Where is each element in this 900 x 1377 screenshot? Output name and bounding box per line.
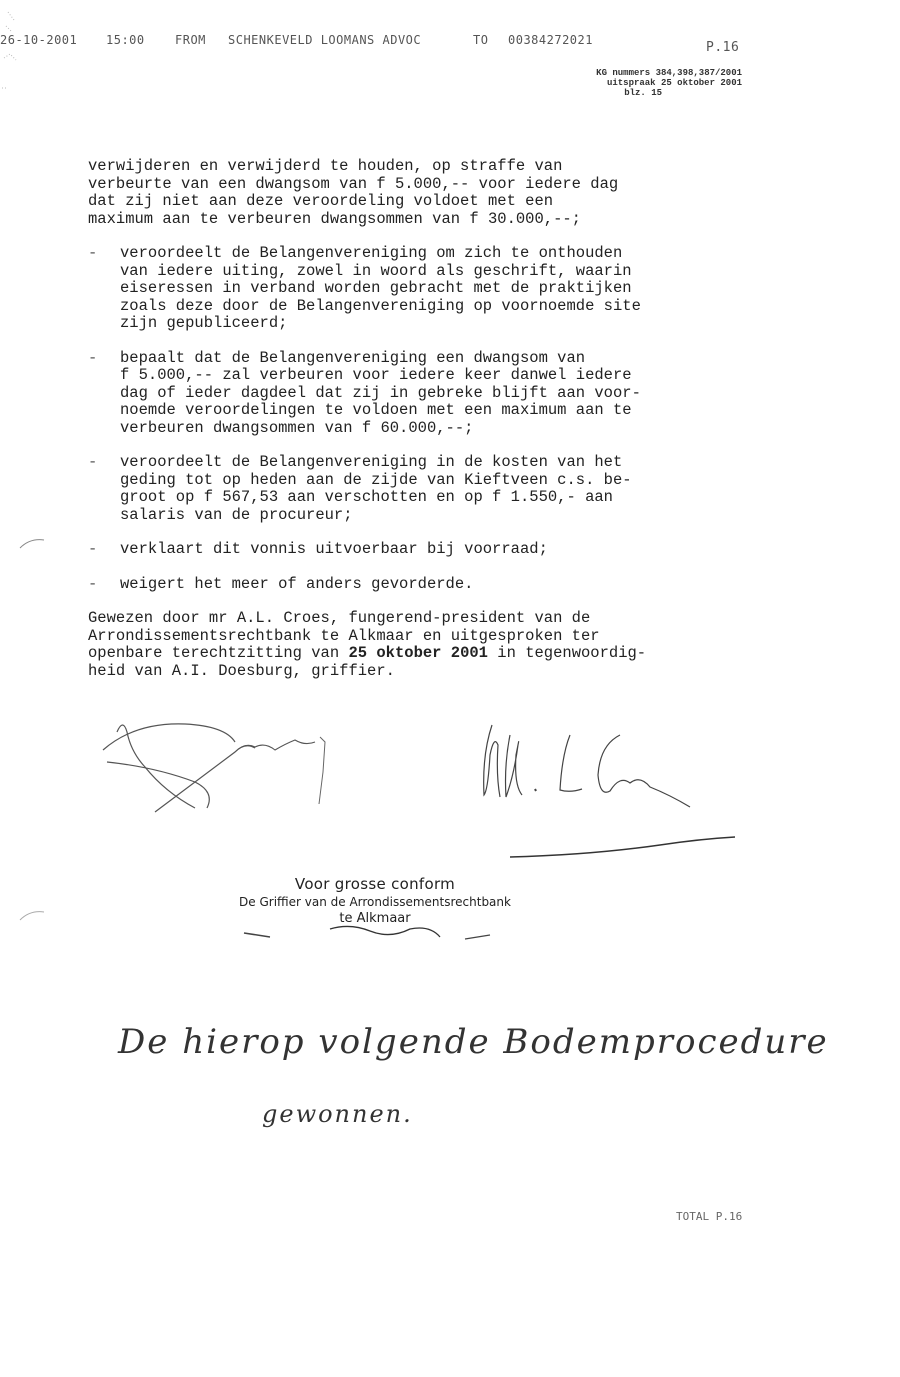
list-dash: - [88, 350, 97, 368]
continuation-paragraph: verwijderen en verwijderd te houden, op … [88, 158, 788, 228]
text-line: eiseressen in verband worden gebracht me… [120, 280, 788, 298]
fax-from-label: FROM [175, 33, 206, 47]
list-dash: - [88, 245, 97, 263]
text-line: veroordeelt de Belangenvereniging in de … [120, 454, 788, 472]
ruling-item: - verklaart dit vonnis uitvoerbaar bij v… [88, 541, 788, 559]
text-line: groot op f 567,53 aan verschotten en op … [120, 489, 788, 507]
fax-total-pages: TOTAL P.16 [676, 1210, 742, 1223]
closing-paragraph: Gewezen door mr A.L. Croes, fungerend-pr… [88, 610, 788, 680]
text-line: verklaart dit vonnis uitvoerbaar bij voo… [120, 541, 788, 559]
ruling-item: - weigert het meer of anders gevorderde. [88, 576, 788, 594]
text-line: Arrondissementsrechtbank te Alkmaar en u… [88, 628, 788, 646]
text-line: geding tot op heden aan de zijde van Kie… [120, 472, 788, 490]
list-dash: - [88, 576, 97, 594]
case-numbers: KG nummers 384,398,387/2001 [522, 68, 742, 78]
fax-time: 15:00 [106, 33, 145, 47]
handwritten-note-line1: De hierop volgende Bodemprocedure [118, 1022, 829, 1062]
page-ref: blz. 15 [522, 88, 742, 98]
text-line: zoals deze door de Belangenvereniging op… [120, 298, 788, 316]
text-line: dat zij niet aan deze veroordeling voldo… [88, 193, 788, 211]
ruling-item: - veroordeelt de Belangenvereniging in d… [88, 454, 788, 524]
fax-noise-mark [0, 10, 30, 100]
text-line: van iedere uiting, zowel in woord als ge… [120, 263, 788, 281]
fax-to-label: TO [473, 33, 488, 47]
signature-griffier: A.I. Doesburg [95, 712, 345, 822]
text-line: zijn gepubliceerd; [120, 315, 788, 333]
text-line: Gewezen door mr A.L. Croes, fungerend-pr… [88, 610, 788, 628]
ruling-date-bold: 25 oktober 2001 [348, 644, 488, 662]
text-line: verwijderen en verwijderd te houden, op … [88, 158, 788, 176]
text-line: heid van A.I. Doesburg, griffier. [88, 663, 788, 681]
text-segment: in tegenwoordig- [488, 644, 646, 662]
text-line: f 5.000,-- zal verbeuren voor iedere kee… [120, 367, 788, 385]
text-line: openbare terechtzitting van 25 oktober 2… [88, 645, 788, 663]
judgment-body: verwijderen en verwijderd te houden, op … [88, 158, 788, 680]
stamp-court: De Griffier van de Arrondissementsrechtb… [215, 895, 535, 909]
fax-page-number: P.16 [706, 40, 739, 55]
handwritten-note-line2: gewonnen. [262, 1100, 413, 1128]
text-line: verbeurte van een dwangsom van f 5.000,-… [88, 176, 788, 194]
fax-from: SCHENKEVELD LOOMANS ADVOC [228, 33, 421, 47]
text-line: veroordeelt de Belangenvereniging om zic… [120, 245, 788, 263]
text-line: verbeuren dwangsommen van f 60.000,--; [120, 420, 788, 438]
certification-stamp: Voor grosse conform De Griffier van de A… [215, 875, 535, 926]
text-line: bepaalt dat de Belangenvereniging een dw… [120, 350, 788, 368]
ruling-item: - bepaalt dat de Belangenvereniging een … [88, 350, 788, 438]
text-segment: openbare terechtzitting van [88, 644, 348, 662]
text-line: maximum aan te verbeuren dwangsommen van… [88, 211, 788, 229]
stamp-signature-strokes [240, 925, 500, 945]
punch-hole-mark [18, 908, 48, 922]
text-line: noemde veroordelingen te voldoen met een… [120, 402, 788, 420]
list-dash: - [88, 454, 97, 472]
list-dash: - [88, 541, 97, 559]
ruling-item: - veroordeelt de Belangenvereniging om z… [88, 245, 788, 333]
punch-hole-mark [18, 536, 48, 550]
text-line: salaris van de procureur; [120, 507, 788, 525]
text-line: weigert het meer of anders gevorderde. [120, 576, 788, 594]
case-reference: KG nummers 384,398,387/2001 uitspraak 25… [522, 68, 742, 98]
stamp-title: Voor grosse conform [215, 875, 535, 893]
fax-to-number: 00384272021 [508, 33, 593, 47]
signature-president: A.L. Croes [470, 715, 740, 865]
text-line: dag of ieder dagdeel dat zij in gebreke … [120, 385, 788, 403]
ruling-date: uitspraak 25 oktober 2001 [522, 78, 742, 88]
stamp-location: te Alkmaar [215, 911, 535, 926]
